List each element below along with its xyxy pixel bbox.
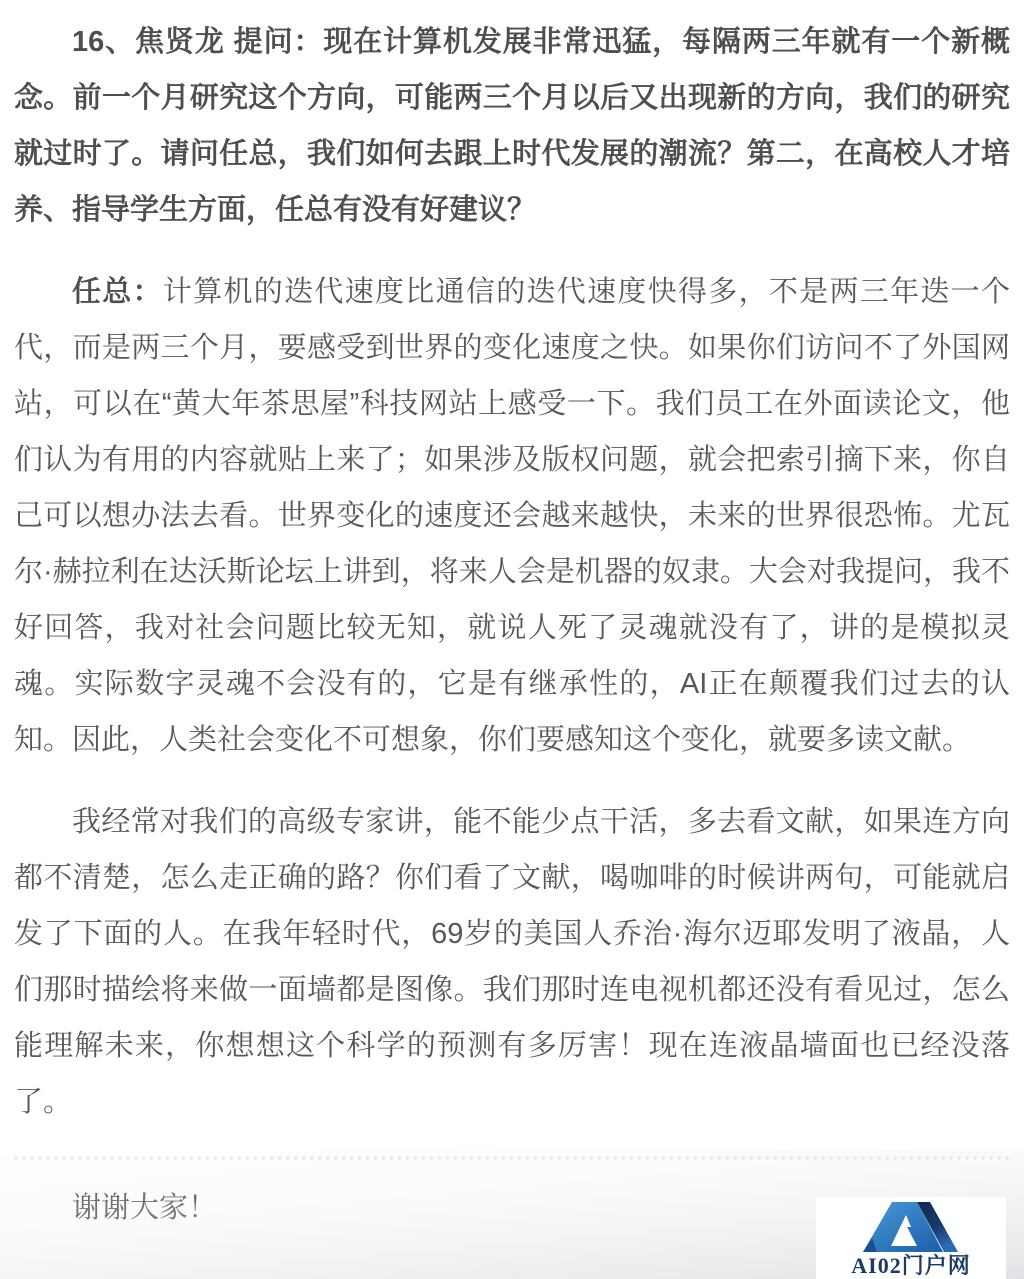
- answer-text-2: 我经常对我们的高级专家讲，能不能少点干活，多去看文献，如果连方向都不清楚，怎么走…: [14, 806, 1010, 1118]
- ai02-logo-icon: [861, 1200, 961, 1254]
- dotted-separator: [14, 1156, 1010, 1160]
- watermark: AI02门户网: [816, 1197, 1006, 1279]
- question-paragraph: 16、焦贤龙 提问：现在计算机发展非常迅猛，每隔两三年就有一个新概念。前一个月研…: [14, 14, 1010, 238]
- watermark-site-name: AI02门户网: [816, 1254, 1006, 1278]
- answer-text-1: 计算机的迭代速度比通信的迭代速度快得多，不是两三年迭一个代，而是两三个月，要感受…: [14, 276, 1010, 756]
- answer-paragraph-2: 我经常对我们的高级专家讲，能不能少点干活，多去看文献，如果连方向都不清楚，怎么走…: [14, 794, 1010, 1130]
- answer-paragraph-1: 任总：计算机的迭代速度比通信的迭代速度快得多，不是两三年迭一个代，而是两三个月，…: [14, 264, 1010, 768]
- speaker-label: 任总：: [72, 276, 163, 308]
- question-text: 16、焦贤龙 提问：现在计算机发展非常迅猛，每隔两三年就有一个新概念。前一个月研…: [14, 26, 1010, 226]
- closing-text: 谢谢大家！: [72, 1192, 217, 1224]
- article-body: 16、焦贤龙 提问：现在计算机发展非常迅猛，每隔两三年就有一个新概念。前一个月研…: [0, 0, 1024, 1236]
